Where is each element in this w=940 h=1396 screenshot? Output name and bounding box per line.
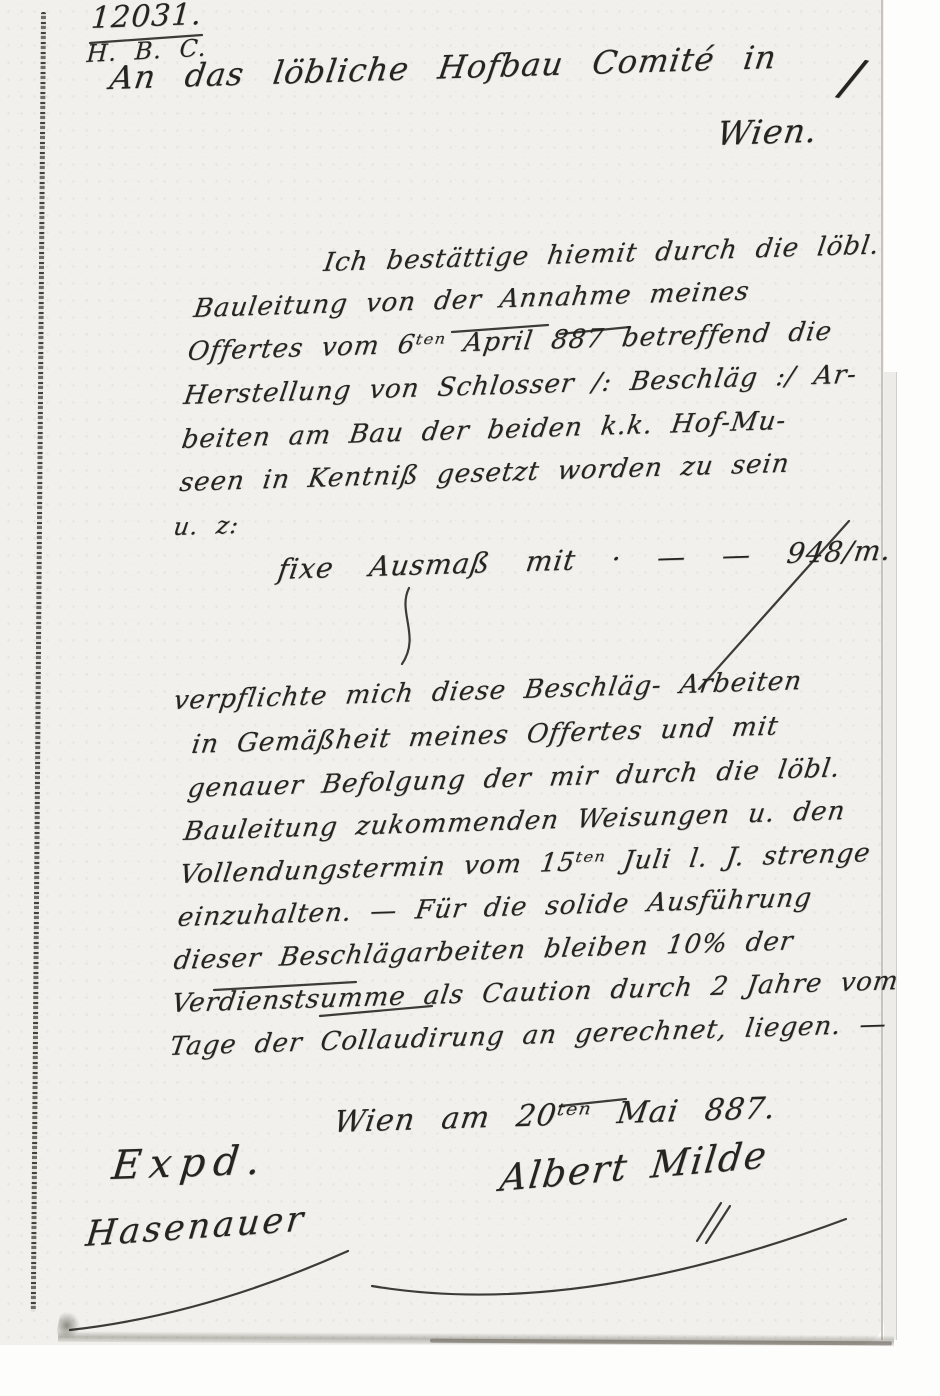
address-city: Wien. [715,114,820,150]
paper-edge-strip [884,372,897,1340]
scanned-letter-page: 12031. H. B. C. An das löbliche Hofbau C… [0,0,940,1396]
body-line: u. z: [172,513,241,539]
page-edge-right [881,0,883,1340]
docket-number: 12031. [90,0,203,34]
expedit-note: Expd. [110,1140,270,1186]
